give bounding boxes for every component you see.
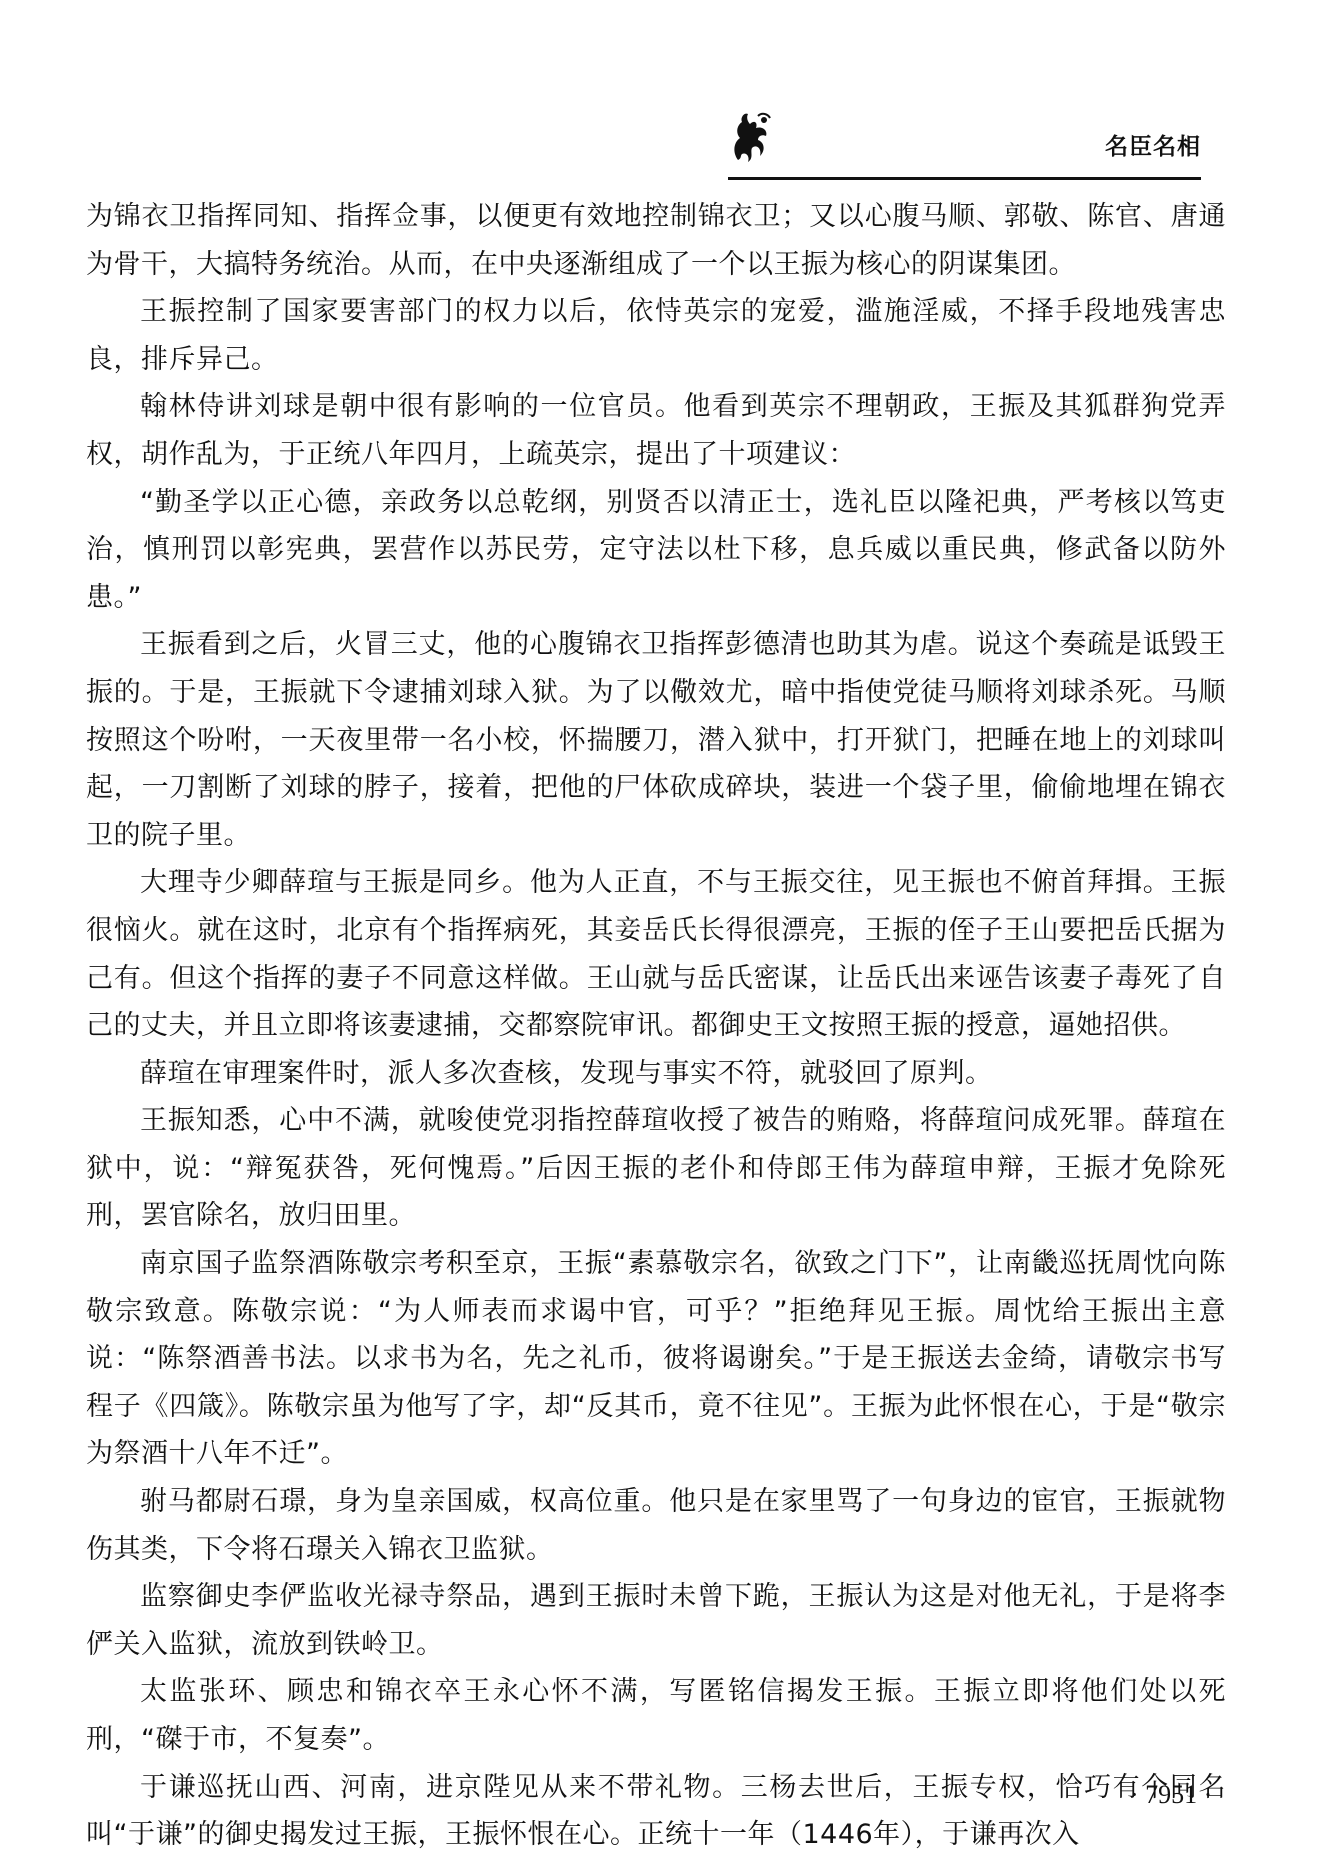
paragraph: 南京国子监祭酒陈敬宗考积至京，王振“素慕敬宗名，欲致之门下”，让南畿巡抚周忱向陈…	[86, 1240, 1226, 1478]
body-text: 为锦衣卫指挥同知、指挥佥事，以便更有效地控制锦衣卫；又以心腹马顺、郭敬、陈官、唐…	[86, 193, 1226, 1859]
paragraph: 翰林侍讲刘球是朝中很有影响的一位官员。他看到英宗不理朝政，王振及其狐群狗党弄权，…	[86, 383, 1226, 478]
dragon-emblem-icon	[728, 108, 774, 164]
paragraph: 监察御史李俨监收光禄寺祭品，遇到王振时未曾下跪，王振认为这是对他无礼，于是将李俨…	[86, 1573, 1226, 1668]
paragraph: 驸马都尉石璟，身为皇亲国威，权高位重。他只是在家里骂了一句身边的宦官，王振就物伤…	[86, 1478, 1226, 1573]
paragraph: 薛瑄在审理案件时，派人多次查核，发现与事实不符，就驳回了原判。	[86, 1050, 1226, 1098]
quoted-proposal: “勤圣学以正心德，亲政务以总乾纲，别贤否以清正士，选礼臣以隆祀典，严考核以笃吏治…	[86, 479, 1226, 622]
paragraph: 太监张环、顾忠和锦衣卒王永心怀不满，写匿铭信揭发王振。王振立即将他们处以死刑，“…	[86, 1668, 1226, 1763]
paragraph: 王振看到之后，火冒三丈，他的心腹锦衣卫指挥彭德清也助其为虐。说这个奏疏是诋毁王振…	[86, 621, 1226, 859]
paragraph: 为锦衣卫指挥同知、指挥佥事，以便更有效地控制锦衣卫；又以心腹马顺、郭敬、陈官、唐…	[86, 193, 1226, 288]
paragraph: 于谦巡抚山西、河南，进京陛见从来不带礼物。三杨去世后，王振专权，恰巧有个同名叫“…	[86, 1764, 1226, 1859]
paragraph: 王振控制了国家要害部门的权力以后，依恃英宗的宠爱，滥施淫威，不择手段地残害忠良，…	[86, 288, 1226, 383]
running-header: 名臣名相	[728, 108, 1201, 170]
paragraph: 王振知悉，心中不满，就唆使党羽指控薛瑄收授了被告的贿赂，将薛瑄问成死罪。薛瑄在狱…	[86, 1097, 1226, 1240]
section-title: 名臣名相	[1105, 128, 1201, 161]
header-rule	[728, 177, 1201, 180]
paragraph: 大理寺少卿薛瑄与王振是同乡。他为人正直，不与王振交往，见王振也不俯首拜揖。王振很…	[86, 859, 1226, 1049]
page-number: · 7951 ·	[1130, 1780, 1212, 1810]
